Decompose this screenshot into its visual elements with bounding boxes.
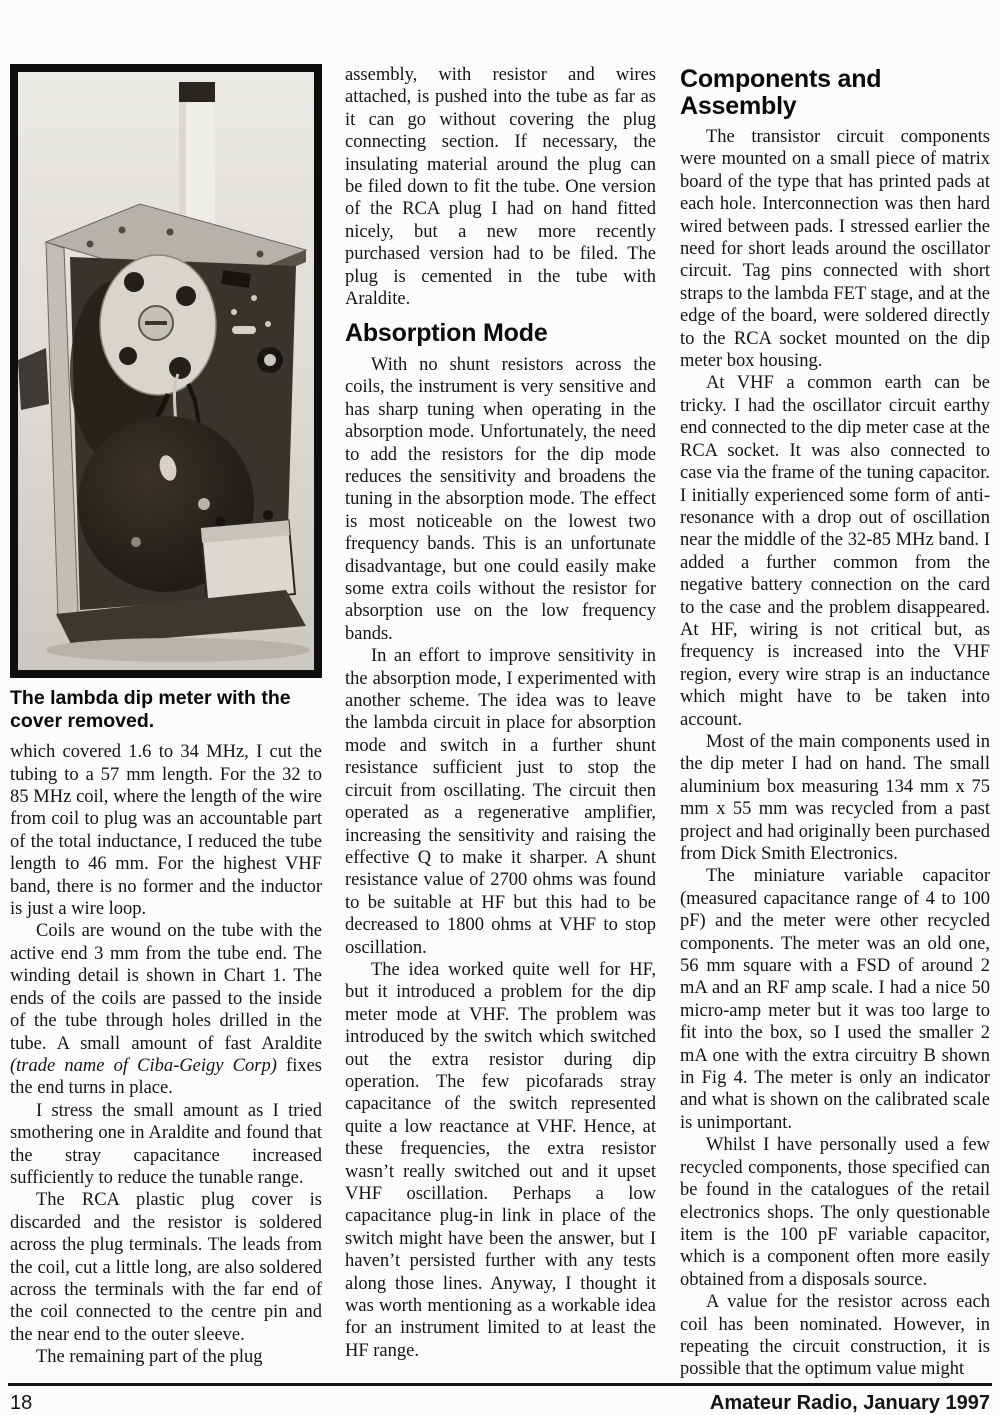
paragraph: The remaining part of the plug [10,1346,322,1368]
trade-name-italic: (trade name of Ciba-Geigy Corp) [10,1056,277,1076]
figure-dip-meter: The lambda dip meter with the cover remo… [10,64,322,732]
paragraph: Coils are wound on the tube with the act… [10,920,322,1099]
footer-rule [8,1383,992,1386]
section-heading-absorption-mode: Absorption Mode [345,320,656,347]
variable-capacitor [100,255,216,395]
paragraph: With no shunt resistors across the coils… [345,354,656,645]
paragraph: which covered 1.6 to 34 MHz, I cut the t… [10,741,322,920]
paragraph: The miniature variable capacitor (measur… [680,865,990,1134]
paragraph: The RCA plastic plug cover is discarded … [10,1189,322,1346]
dip-meter-photo [10,64,322,678]
paragraph: I stress the small amount as I tried smo… [10,1100,322,1190]
paragraph: The idea worked quite well for HF, but i… [345,959,656,1362]
magazine-page: The lambda dip meter with the cover remo… [0,0,1000,1415]
paragraph: Most of the main components used in the … [680,731,990,865]
paragraph: assembly, with resistor and wires attach… [345,64,656,310]
column-right: Components and Assembly The transistor c… [680,64,990,1381]
paragraph-text: Coils are wound on the tube with the act… [10,921,322,1053]
paragraph: Whilst I have personally used a few recy… [680,1134,990,1291]
paragraph: The transistor circuit components were m… [680,126,990,372]
photo-caption: The lambda dip meter with the cover remo… [10,687,322,732]
paragraph: In an effort to improve sensitivity in t… [345,645,656,959]
section-heading-components-assembly: Components and Assembly [680,66,990,119]
page-number: 18 [10,1392,32,1415]
dip-meter-photo-illustration [18,72,314,670]
journal-issue: Amateur Radio, January 1997 [710,1392,990,1415]
paragraph: At VHF a common earth can be tricky. I h… [680,372,990,731]
column-left: The lambda dip meter with the cover remo… [10,64,322,1369]
column-middle: assembly, with resistor and wires attach… [345,64,656,1362]
paragraph: A value for the resistor across each coi… [680,1291,990,1381]
